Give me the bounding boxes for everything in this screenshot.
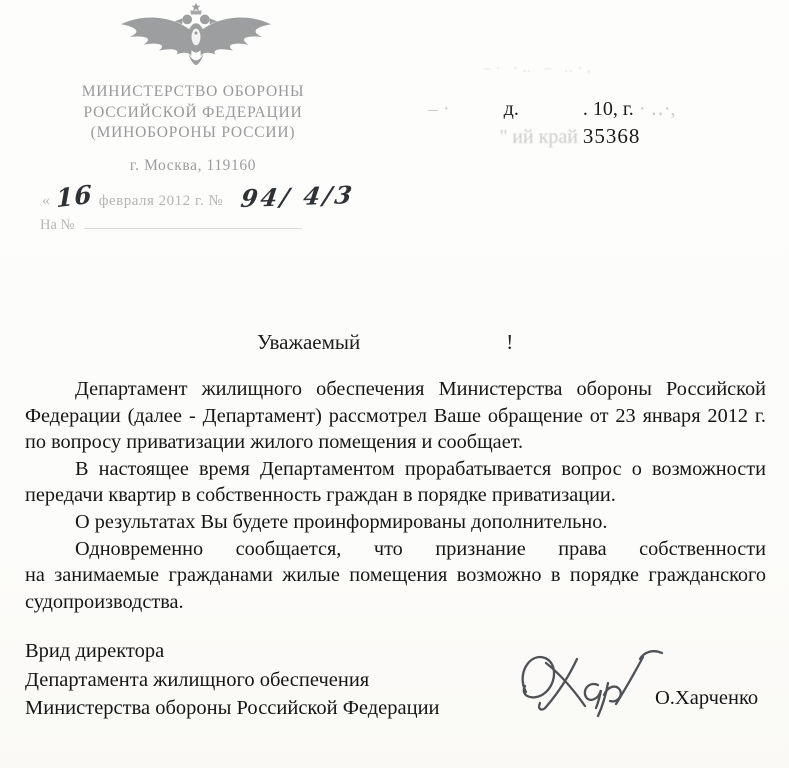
body-line: на занимаемые гражданами жилые помещения… <box>25 562 766 589</box>
signatory-title-line: Врид директора <box>25 637 440 666</box>
erased-quote-fragment: '' <box>500 126 507 148</box>
printed-date-text: февраля 2012 г. № <box>99 193 223 209</box>
handwritten-day: 16 <box>56 180 93 214</box>
signatory-title-line: Министерства обороны Российской Федераци… <box>25 694 440 723</box>
letter-body: Департамент жилищного обеспечения Минист… <box>25 376 766 615</box>
signatory-title-line: Департамента жилищного обеспечения <box>25 666 440 695</box>
letterhead-city-line: г. Москва, 119160 <box>28 157 358 175</box>
erased-fragment: – · <box>428 98 450 120</box>
recipient-region-line: '' ий край 35368 <box>428 124 773 149</box>
body-line: Одновременно сообщается, что признание п… <box>25 536 766 563</box>
salutation-row: Уважаемый! <box>0 330 789 355</box>
body-line: В настоящее время Департаментом прорабат… <box>25 456 766 483</box>
body-line: по вопросу приватизации жилого помещения… <box>25 429 766 456</box>
opening-quote: « <box>42 192 50 209</box>
reference-row: На № <box>40 214 302 234</box>
body-line: Департамент жилищного обеспечения Минист… <box>25 376 766 403</box>
body-line: О результатах Вы будете проинформированы… <box>25 509 766 536</box>
letterhead-line-federation: РОССИЙСКОЙ ФЕДЕРАЦИИ <box>28 103 358 124</box>
erased-city-fragment: · ‥·, <box>639 98 676 120</box>
house-label: д. <box>504 98 519 120</box>
recipient-address-line: – ·д.. 10, г. · ‥·, <box>428 96 773 124</box>
body-line: судопроизводства. <box>25 589 766 616</box>
letterhead-block: МИНИСТЕРСТВО ОБОРОНЫ РОССИЙСКОЙ ФЕДЕРАЦИ… <box>28 82 358 144</box>
handwritten-signature-icon <box>512 638 677 724</box>
body-line: Федерации (далее - Департамент) рассмотр… <box>25 403 766 430</box>
erased-recipient-name-fragment: –· ·‥ – ‥·, <box>428 60 773 96</box>
salutation-punctuation: ! <box>506 330 513 354</box>
signatory-title-block: Врид директора Департамента жилищного об… <box>25 637 440 723</box>
erased-region-fragment: ий край <box>512 126 578 148</box>
body-line: передачи квартир в собственность граждан… <box>25 482 766 509</box>
signatory-name: О.Харченко <box>655 687 758 710</box>
salutation-text: Уважаемый <box>257 330 360 354</box>
reference-underline <box>84 214 302 229</box>
letterhead-line-short-name: (МИНОБОРОНЫ РОССИИ) <box>28 123 358 144</box>
date-row: «16февраля 2012 г. №94/ 4/3 <box>42 182 355 211</box>
handwritten-outgoing-number: 94/ 4/3 <box>239 180 357 213</box>
reference-label: На № <box>40 217 74 233</box>
house-number-city-fragment: . 10, г. <box>583 98 634 120</box>
scanned-letter-page: МИНИСТЕРСТВО ОБОРОНЫ РОССИЙСКОЙ ФЕДЕРАЦИ… <box>0 0 789 768</box>
recipient-block: –· ·‥ – ‥·, – ·д.. 10, г. · ‥·, '' ий кр… <box>428 60 773 149</box>
mod-russia-double-eagle-emblem-icon <box>118 2 274 68</box>
letterhead-line-ministry: МИНИСТЕРСТВО ОБОРОНЫ <box>28 82 358 103</box>
postal-code: 35368 <box>583 124 641 148</box>
